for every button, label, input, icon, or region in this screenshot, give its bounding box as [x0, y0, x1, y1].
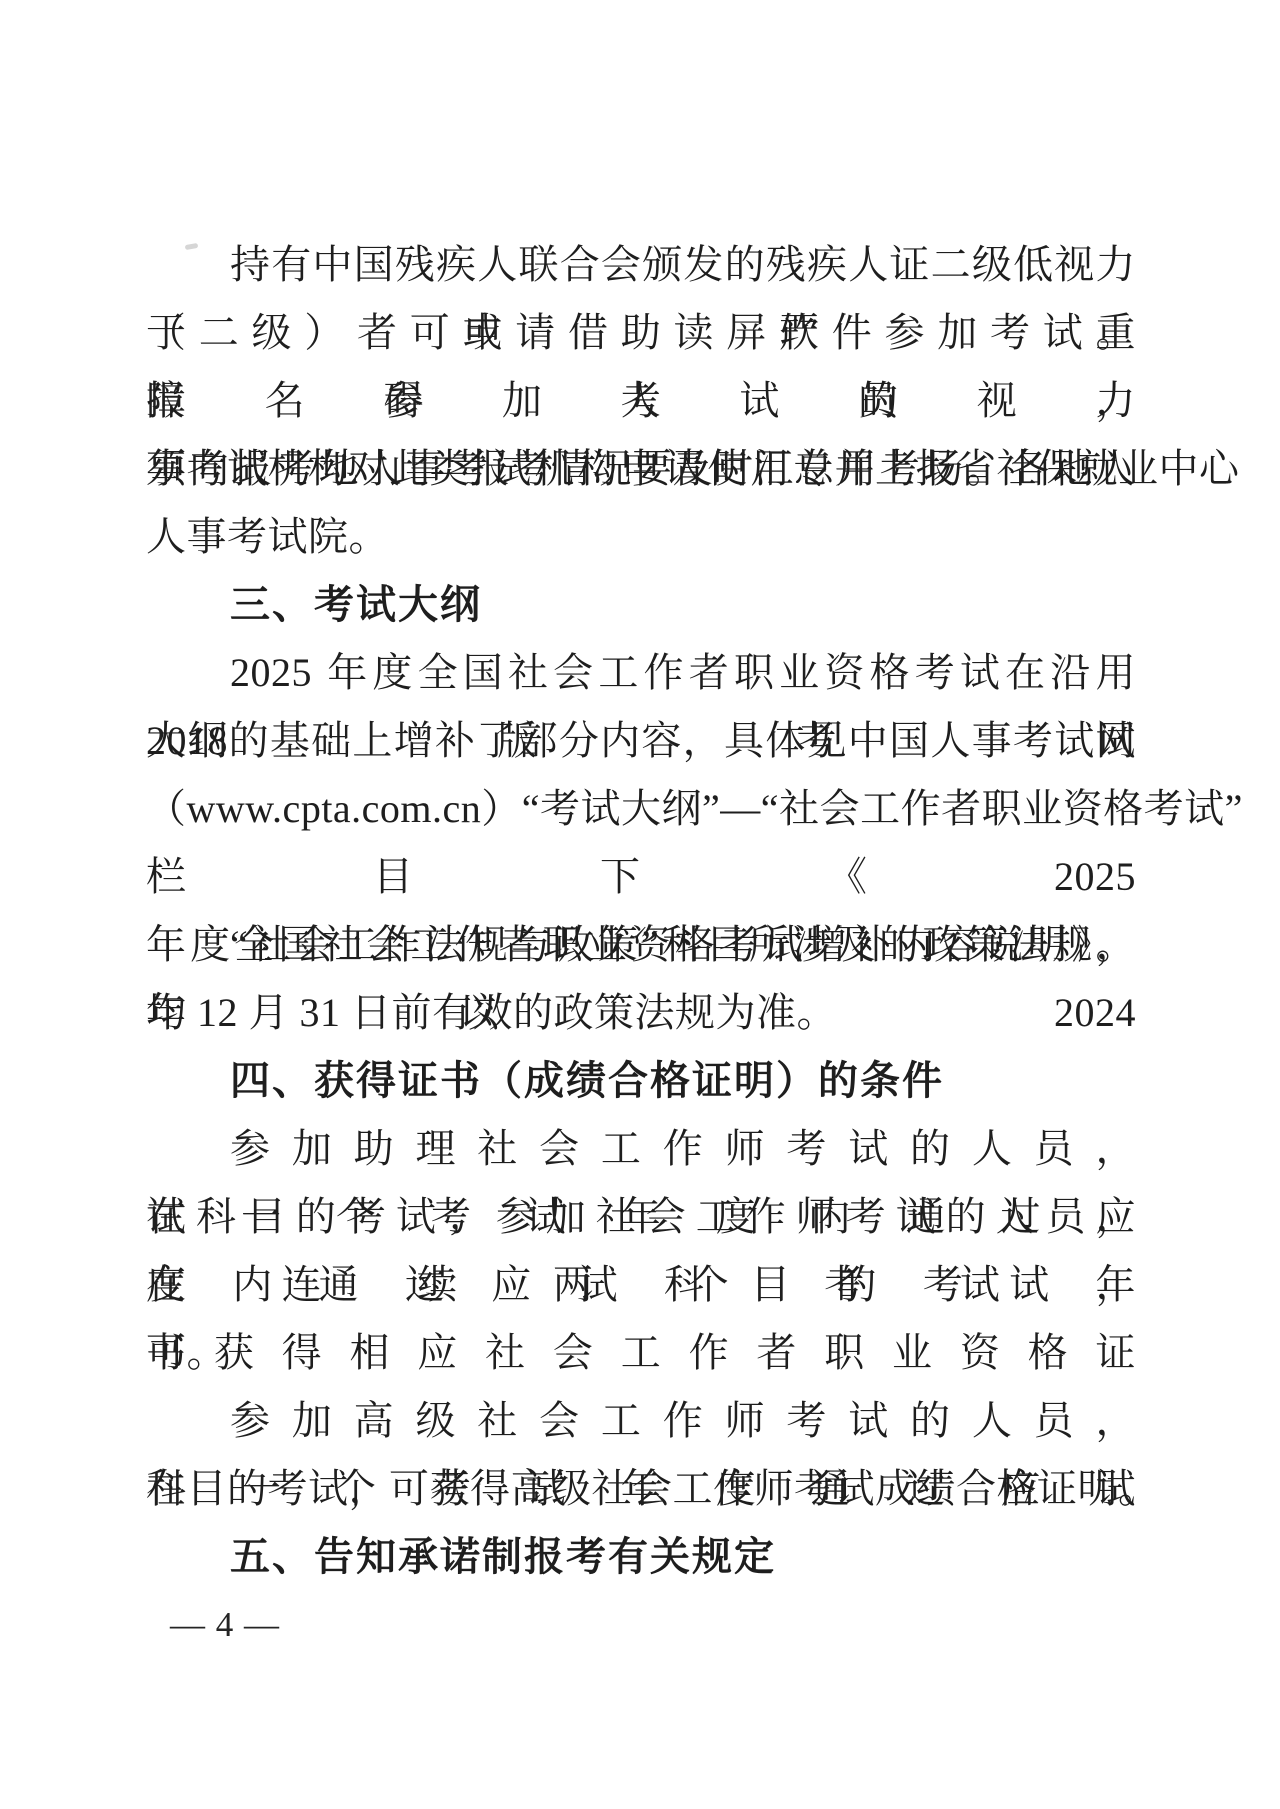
text-line: 于二级）者可申请借助读屏软件参加考试。报名参加考试的视力: [146, 299, 1136, 367]
text-line: 试科目的考试；参加社会工作师考试的人员，在连续两个考试年: [146, 1183, 1136, 1251]
text-line: 大纲的基础上增补了部分内容，具体见中国人事考试网: [146, 707, 1136, 775]
text-line: 栏目下《2025 年度全国社会工作者职业资格考试增补内容说明》。: [146, 843, 1136, 911]
text-line: “社会工作法规与政策”科目所涉及的政策法规，均以 2024: [146, 911, 1136, 979]
text-line: 年 12 月 31 日前有效的政策法规为准。: [146, 979, 1136, 1047]
document-page: 持有中国残疾人联合会颁发的残疾人证二级低视力（或严重于二级）者可申请借助读屏软件…: [0, 0, 1280, 1809]
text-line: 持有中国残疾人联合会颁发的残疾人证二级低视力（或严重: [146, 231, 1136, 299]
text-line: 障碍人员，须向报考地人事考试机构申请使用专用考场。各地人: [146, 367, 1136, 435]
text-line: （www.cpta.com.cn）“考试大纲”—“社会工作者职业资格考试”: [146, 775, 1136, 843]
text-line: 事考试机构对此类报考情况要及时汇总并上报省社保就业中心: [146, 435, 1136, 503]
text-line: 人事考试院。: [146, 503, 1136, 571]
text-line: 参加高级社会工作师考试的人员，在一个考试年度通过应试: [146, 1387, 1136, 1455]
text-line: 书。: [146, 1319, 1136, 1387]
section-heading: 四、获得证书（成绩合格证明）的条件: [146, 1047, 1136, 1115]
text-line: 2025 年度全国社会工作者职业资格考试在沿用 2018 版考试: [146, 639, 1136, 707]
text-line: 度内通过应试科目的考试，可获得相应社会工作者职业资格证: [146, 1251, 1136, 1319]
section-heading: 三、考试大纲: [146, 571, 1136, 639]
document-lines: 持有中国残疾人联合会颁发的残疾人证二级低视力（或严重于二级）者可申请借助读屏软件…: [0, 0, 1280, 1809]
text-line: 科目的考试，可获得高级社会工作师考试成绩合格证明。: [146, 1455, 1136, 1523]
page-number: — 4 —: [170, 1604, 300, 1646]
section-heading: 五、告知承诺制报考有关规定: [146, 1523, 1136, 1591]
text-line: 参加助理社会工作师考试的人员，在一个考试年度内通过应: [146, 1115, 1136, 1183]
